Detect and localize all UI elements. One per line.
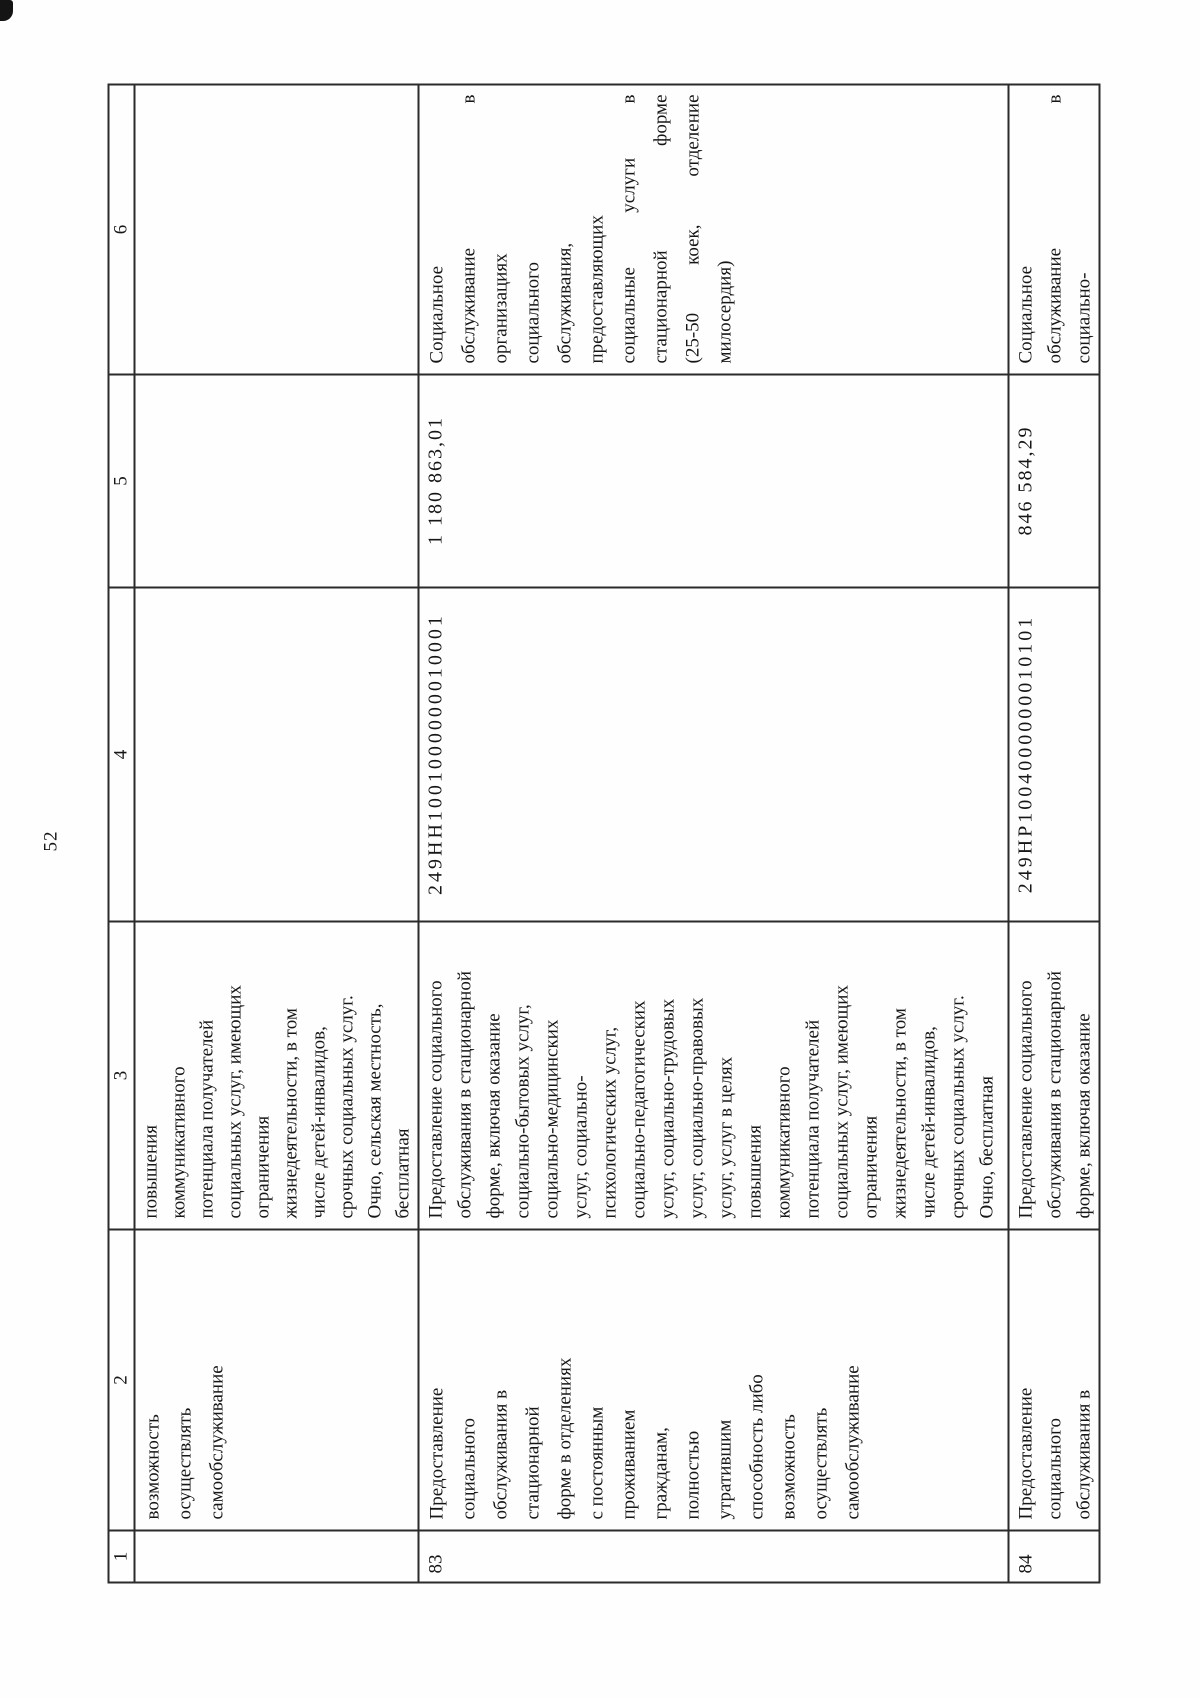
cell-83-registry-code: 249НН1001000000010001 — [418, 587, 1008, 921]
cell-84-conditions: Социальноеобслуживание всоциально- — [1008, 84, 1099, 374]
page-number: 52 — [40, 830, 62, 851]
table-row-84: 84 Предоставлениесоциальногообслуживания… — [1008, 84, 1099, 1582]
cell-cont-code — [134, 587, 418, 921]
cell-83-number: 83 — [418, 1530, 1008, 1582]
landscape-sheet: 52 1 2 3 4 5 6 возможностьосуществлятьса… — [0, 0, 1200, 1697]
cell-83-amount: 1 180 863,01 — [418, 374, 1008, 587]
cell-83-conditions: Социальноеобслуживание ворганизацияхсоци… — [418, 84, 1008, 374]
cell-83-service-name: Предоставлениесоциальногообслуживания вс… — [418, 1229, 1008, 1530]
table-row-83: 83 Предоставлениесоциальногообслуживания… — [418, 84, 1008, 1582]
cell-84-amount: 846 584,29 — [1008, 374, 1099, 587]
cell-cont-service-name: возможностьосуществлятьсамообслуживание — [134, 1229, 418, 1530]
cell-cont-service-content: повышениякоммуникативногопотенциала полу… — [134, 921, 418, 1229]
scanned-page: 52 1 2 3 4 5 6 возможностьосуществлятьса… — [0, 0, 1200, 1697]
col-header-3: 3 — [108, 921, 134, 1229]
cell-84-service-name: Предоставлениесоциальногообслуживания в — [1008, 1229, 1099, 1530]
cell-84-service-content: Предоставление социальногообслуживания в… — [1008, 921, 1099, 1229]
cell-cont-conditions — [134, 84, 418, 374]
table-header-row: 1 2 3 4 5 6 — [108, 84, 134, 1582]
col-header-2: 2 — [108, 1229, 134, 1530]
col-header-4: 4 — [108, 587, 134, 921]
services-table: 1 2 3 4 5 6 возможностьосуществлятьсамоо… — [107, 83, 1100, 1583]
col-header-1: 1 — [108, 1530, 134, 1582]
cell-cont-number — [134, 1530, 418, 1582]
cell-83-service-content: Предоставление социальногообслуживания в… — [418, 921, 1008, 1229]
col-header-6: 6 — [108, 84, 134, 374]
cell-84-number: 84 — [1008, 1530, 1099, 1582]
table-row-continuation: возможностьосуществлятьсамообслуживание … — [134, 84, 418, 1582]
col-header-5: 5 — [108, 374, 134, 587]
cell-cont-amount — [134, 374, 418, 587]
cell-84-registry-code: 249НР1004000000010101 — [1008, 587, 1099, 921]
